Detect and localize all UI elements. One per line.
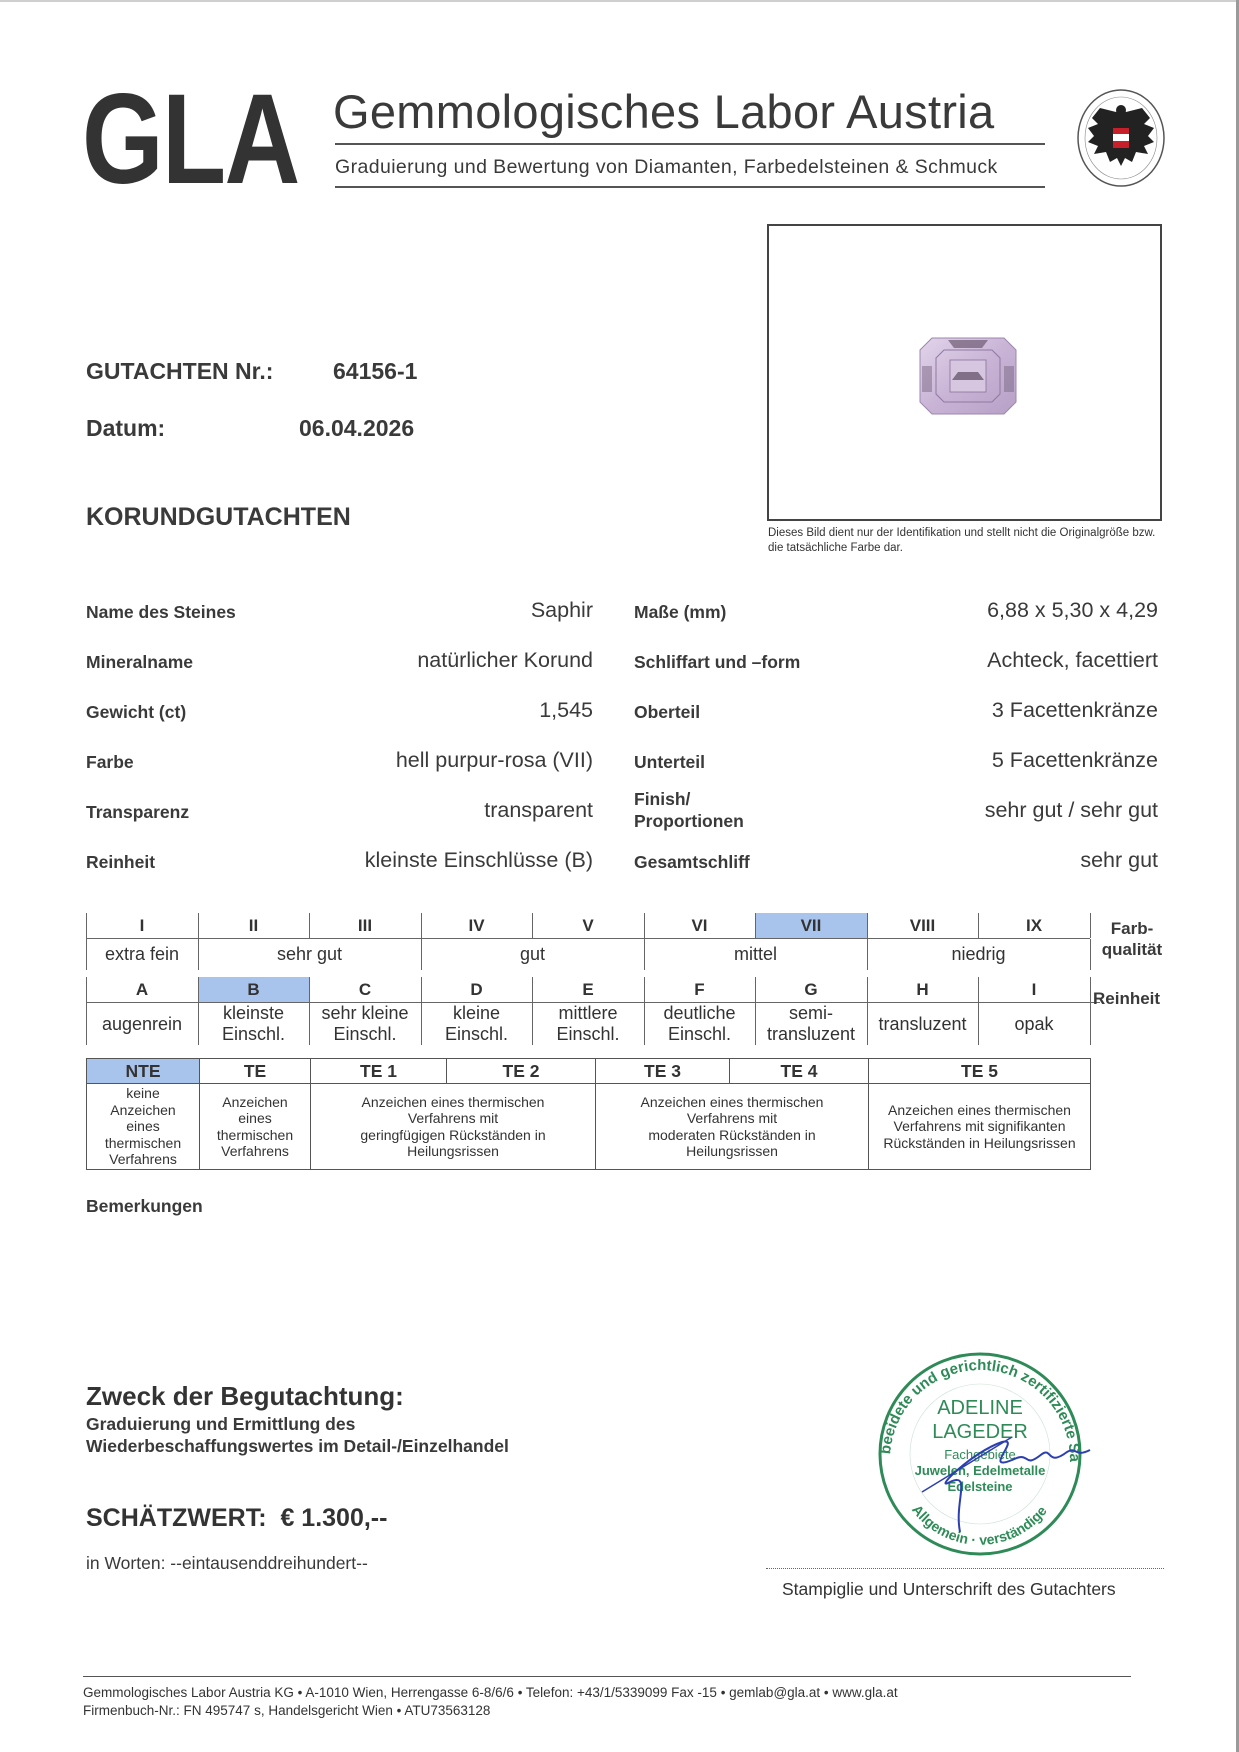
property-value: kleinste Einschlüsse (B) [365,847,593,873]
property-value: 1,545 [539,697,593,723]
property-label: Farbe [86,751,134,773]
clarity-grade-I: I [978,977,1090,1002]
grid-line [755,913,756,938]
photo-caption: Dieses Bild dient nur der Identifikation… [768,526,1158,556]
grid-line [1090,977,1091,1045]
purpose-text: Graduierung und Ermittlung des Wiederbes… [86,1414,509,1457]
treatment-grade-te: TE [199,1059,310,1084]
svg-text:LAGEDER: LAGEDER [932,1421,1028,1443]
property-value: sehr gut [1080,847,1158,873]
property-row: Name des SteinesSaphir [86,597,593,627]
clarity-description: deutlicheEinschl. [644,1003,755,1045]
clarity-description-line: semi- [789,1003,833,1024]
property-label: Oberteil [634,701,700,723]
side-label-line: Farb- [1097,918,1167,939]
grid-line [755,977,756,1045]
grid-line [532,913,533,938]
grid-line [198,913,199,938]
valuation-label: SCHÄTZWERT: [86,1504,267,1532]
grid-line [198,939,199,970]
valuation: SCHÄTZWERT: € 1.300,-- [86,1504,387,1533]
gla-logo: GLA [82,76,299,204]
treatment-grade-te-5: TE 5 [868,1059,1090,1084]
property-label: Schliffart und –form [634,651,800,673]
report-number-value: 64156-1 [333,358,417,385]
grid-line [86,939,87,970]
clarity-grade-A: A [86,977,198,1002]
property-label-line: Proportionen [634,810,744,832]
treatment-description: AnzeicheneinesthermischenVerfahrens [199,1084,310,1169]
clarity-description: sehr kleineEinschl. [309,1003,421,1045]
clarity-grade-B: B [198,977,309,1002]
property-row: Maße (mm)6,88 x 5,30 x 4,29 [634,597,1158,627]
clarity-description: kleineEinschl. [421,1003,532,1045]
property-row: Farbehell purpur-rosa (VII) [86,747,593,777]
grid-line [309,913,310,938]
treatment-description-line: Anzeichen eines thermischen [641,1094,824,1111]
header-rule-bottom [335,186,1045,188]
clarity-description-line: Einschl. [668,1024,731,1045]
clarity-description-line: Einschl. [333,1024,396,1045]
color-grade-VI: VI [644,913,755,938]
clarity-description-line: mittlere [558,1003,617,1024]
lab-name: Gemmologisches Labor Austria [333,84,995,139]
clarity-description-line: deutliche [663,1003,735,1024]
treatment-description-line: Heilungsrissen [686,1143,778,1160]
treatment-grade-te-4: TE 4 [729,1059,868,1084]
page-edge-top [0,0,1239,2]
treatment-description-line: Verfahrens mit [687,1110,777,1127]
treatment-description-line: Anzeichen [222,1094,287,1111]
footer-registry: Firmenbuch-Nr.: FN 495747 s, Handelsgeri… [83,1703,490,1718]
color-grade-VIII: VIII [867,913,978,938]
color-group-label: niedrig [867,939,1090,970]
property-value: sehr gut / sehr gut [985,797,1158,823]
treatment-description-line: geringfügigen Rückständen in [360,1127,545,1144]
treatment-description: Anzeichen eines thermischenVerfahrens mi… [310,1084,595,1169]
treatment-description-line: keine [126,1085,159,1102]
clarity-grade-F: F [644,977,755,1002]
property-label: Gewicht (ct) [86,701,186,723]
treatment-description-line: Anzeichen eines thermischen [362,1094,545,1111]
grid-line [644,939,645,970]
color-grade-IX: IX [978,913,1090,938]
treatment-description-line: thermischen [105,1135,181,1152]
grid-line [867,913,868,938]
color-grade-V: V [532,913,644,938]
treatment-grade-nte: NTE [87,1059,199,1084]
header-rule-top [335,143,1045,145]
treatment-description: Anzeichen eines thermischenVerfahrens mi… [868,1084,1090,1169]
color-grade-VII: VII [755,913,867,938]
property-row: Gesamtschliffsehr gut [634,847,1158,877]
property-row: Mineralnamenatürlicher Korund [86,647,593,677]
property-value: hell purpur-rosa (VII) [396,747,593,773]
property-value: transparent [484,797,593,823]
treatment-description-line: Rückständen in Heilungsrissen [883,1135,1075,1152]
grid-line [86,977,87,1045]
property-row: Transparenztransparent [86,797,593,827]
property-label: Transparenz [86,801,189,823]
grid-line [644,913,645,938]
property-label: Name des Steines [86,601,236,623]
property-row: Reinheitkleinste Einschlüsse (B) [86,847,593,877]
grid-line [532,977,533,1045]
treatment-description-line: Verfahrens [221,1143,289,1160]
grid-line [644,977,645,1045]
clarity-description-line: Einschl. [222,1024,285,1045]
expert-stamp-icon: beeidete und gerichtlich zertifizierte S… [862,1342,1097,1562]
color-group-label: gut [421,939,644,970]
clarity-description-line: kleine [453,1003,500,1024]
color-grade-II: II [198,913,309,938]
clarity-description: transluzent [867,1003,978,1045]
clarity-description-line: transluzent [767,1024,855,1045]
treatment-description-line: thermischen [217,1127,293,1144]
treatment-description-line: Heilungsrissen [407,1143,499,1160]
report-type-title: KORUNDGUTACHTEN [86,503,351,532]
property-label: Unterteil [634,751,705,773]
grid-line [1090,913,1091,938]
property-label: Mineralname [86,651,193,673]
report-number-label: GUTACHTEN Nr.: [86,358,273,385]
clarity-description-line: sehr kleine [321,1003,408,1024]
svg-text:ADELINE: ADELINE [937,1397,1023,1419]
property-row: Unterteil5 Facettenkränze [634,747,1158,777]
color-group-label: sehr gut [198,939,421,970]
grid-line [421,939,422,970]
property-value: 5 Facettenkränze [992,747,1158,773]
valuation-in-words: in Worten: --eintausenddreihundert-- [86,1553,368,1574]
treatment-description-line: Verfahrens mit signifikanten [894,1118,1066,1135]
clarity-description: opak [978,1003,1090,1045]
color-quality-side-label: Farb-qualität [1097,918,1167,960]
property-value: natürlicher Korund [417,647,593,673]
property-label: Maße (mm) [634,601,726,623]
signature-line [766,1568,1164,1569]
property-value: Achteck, facettiert [987,647,1158,673]
svg-text:Edelsteine: Edelsteine [947,1479,1012,1494]
grid-line [867,939,868,970]
lab-tagline: Graduierung und Bewertung von Diamanten,… [335,156,998,179]
footer-rule [83,1676,1131,1677]
treatment-table: NTETETE 1TE 2TE 3TE 4TE 5keineAnzeichene… [86,1058,1091,1170]
clarity-description-line: opak [1014,1014,1053,1035]
color-grade-IV: IV [421,913,532,938]
clarity-description-line: augenrein [102,1014,182,1035]
treatment-description-line: Anzeichen [110,1102,175,1119]
grid-line [86,913,87,938]
clarity-description-line: Einschl. [445,1024,508,1045]
property-value: Saphir [531,597,593,623]
grid-line [1090,939,1091,970]
clarity-grade-E: E [532,977,644,1002]
clarity-grade-G: G [755,977,867,1002]
footer-contact: Gemmologisches Labor Austria KG • A-1010… [83,1685,898,1700]
clarity-description: kleinsteEinschl. [198,1003,309,1045]
property-label: Finish/Proportionen [634,788,744,832]
purpose-title: Zweck der Begutachtung: [86,1381,404,1412]
grid-line [309,977,310,1045]
property-value: 6,88 x 5,30 x 4,29 [987,597,1158,623]
treatment-description-line: Verfahrens mit [408,1110,498,1127]
purpose-line-1: Graduierung und Ermittlung des [86,1414,509,1436]
clarity-description: augenrein [86,1003,198,1045]
property-row: Schliffart und –formAchteck, facettiert [634,647,1158,677]
color-group-label: extra fein [86,939,198,970]
signature-caption: Stampiglie und Unterschrift des Gutachte… [782,1579,1116,1600]
property-row: Gewicht (ct)1,545 [86,697,593,727]
gem-photo-icon [918,336,1018,416]
treatment-grade-te-3: TE 3 [595,1059,729,1084]
grid-line [978,977,979,1045]
svg-text:Juwelen, Edelmetalle: Juwelen, Edelmetalle [915,1463,1046,1478]
date-value: 06.04.2026 [299,415,414,442]
grid-line [978,913,979,938]
grid-line [867,977,868,1045]
property-row: Finish/Proportionensehr gut / sehr gut [634,797,1158,827]
treatment-description-line: eines [238,1110,271,1127]
clarity-grade-H: H [867,977,978,1002]
date-label: Datum: [86,415,165,442]
clarity-side-label: Reinheit [1093,988,1160,1009]
grid-line [421,913,422,938]
purpose-line-2: Wiederbeschaffungswertes im Detail-/Einz… [86,1436,509,1458]
austrian-eagle-seal-icon [1076,88,1166,188]
grid-line [421,977,422,1045]
grid-line [198,977,199,1045]
clarity-description: mittlereEinschl. [532,1003,644,1045]
property-label-line: Finish/ [634,788,744,810]
color-group-label: mittel [644,939,867,970]
valuation-amount: € 1.300,-- [280,1504,387,1532]
clarity-description-line: Einschl. [556,1024,619,1045]
color-grade-I: I [86,913,198,938]
treatment-description: keineAnzeicheneinesthermischenVerfahrens [87,1084,199,1169]
clarity-description-line: transluzent [878,1014,966,1035]
property-row: Oberteil3 Facettenkränze [634,697,1158,727]
clarity-grade-C: C [309,977,421,1002]
clarity-description-line: kleinste [223,1003,284,1024]
treatment-description: Anzeichen eines thermischenVerfahrens mi… [595,1084,868,1169]
property-value: 3 Facettenkränze [992,697,1158,723]
treatment-description-line: Verfahrens [109,1151,177,1168]
property-label: Reinheit [86,851,155,873]
side-label-line: qualität [1097,939,1167,960]
clarity-grade-D: D [421,977,532,1002]
clarity-description: semi-transluzent [755,1003,867,1045]
treatment-description-line: moderaten Rückständen in [648,1127,815,1144]
color-grade-III: III [309,913,421,938]
treatment-grade-te-1: TE 1 [310,1059,446,1084]
property-label: Gesamtschliff [634,851,750,873]
remarks-label: Bemerkungen [86,1196,203,1217]
treatment-description-line: Anzeichen eines thermischen [888,1102,1071,1119]
treatment-grade-te-2: TE 2 [446,1059,595,1084]
treatment-description-line: eines [126,1118,159,1135]
